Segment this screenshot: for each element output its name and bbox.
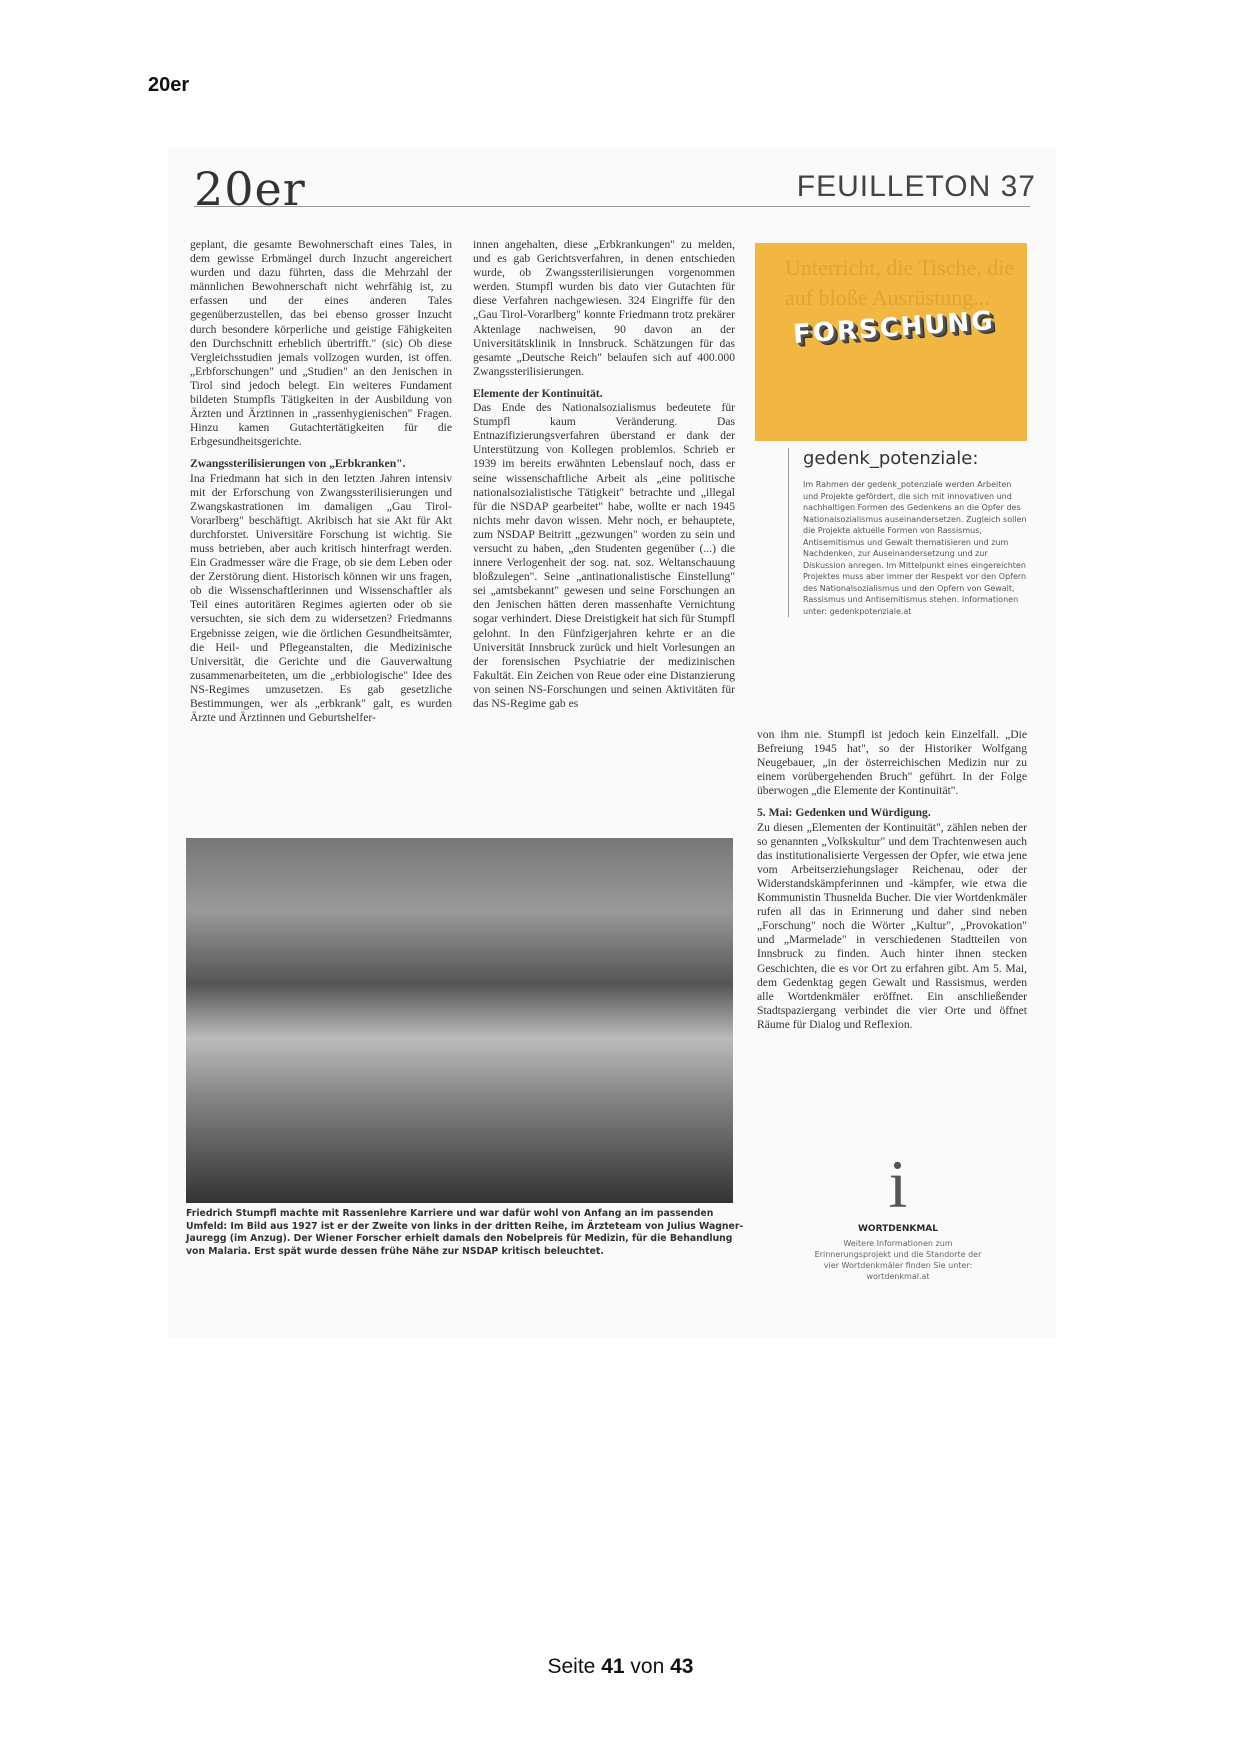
- paragraph: geplant, die gesamte Bewohnerschaft eine…: [190, 238, 452, 449]
- page-number: 37: [1001, 170, 1036, 203]
- column-3: von ihm nie. Stumpfl ist jedoch kein Ein…: [757, 728, 1027, 1040]
- column-2: innen angehalten, diese „Erbkrankungen" …: [473, 238, 735, 719]
- promo-ghost-text: Unterricht, die Tische, die auf bloße Au…: [785, 253, 1027, 313]
- subheading: Zwangssterilisierungen von „Erbkranken".: [190, 457, 452, 471]
- footer-current-page: 41: [601, 1655, 624, 1678]
- subheading: 5. Mai: Gedenken und Würdigung.: [757, 806, 1027, 820]
- wortdenkmal-info: i WORTDENKMAL Weitere Informationen zum …: [808, 1148, 988, 1282]
- footer-total-pages: 43: [670, 1655, 693, 1678]
- subheading: Elemente der Kontinuität.: [473, 387, 735, 401]
- section-header: FEUILLETON 37: [797, 170, 1036, 204]
- header-rule: [194, 206, 1030, 207]
- paragraph: von ihm nie. Stumpfl ist jedoch kein Ein…: [757, 728, 1027, 798]
- gedenk-title: gedenk_potenziale:: [803, 448, 1028, 469]
- section-name: FEUILLETON: [797, 170, 992, 203]
- paragraph: Ina Friedmann hat sich in den letzten Ja…: [190, 472, 452, 726]
- footer-mid: von: [630, 1655, 664, 1678]
- info-icon: i: [808, 1148, 988, 1220]
- paragraph: innen angehalten, diese „Erbkrankungen" …: [473, 238, 735, 379]
- paragraph: Das Ende des Nationalsozialismus bedeute…: [473, 401, 735, 711]
- gedenk-text: Im Rahmen der gedenk_potenziale werden A…: [803, 479, 1028, 617]
- forschung-promo: Unterricht, die Tische, die auf bloße Au…: [755, 243, 1027, 441]
- document-label: 20er: [148, 74, 189, 97]
- newspaper-scan: 20er FEUILLETON 37 geplant, die gesamte …: [168, 148, 1056, 1338]
- footer-prefix: Seite: [548, 1655, 596, 1678]
- info-text: Weitere Informationen zum Erinnerungspro…: [808, 1238, 988, 1282]
- info-title: WORTDENKMAL: [808, 1224, 988, 1234]
- masthead-title: 20er: [194, 162, 306, 216]
- group-photo: [186, 838, 733, 1203]
- photo-caption: Friedrich Stumpfl machte mit Rassenlehre…: [186, 1208, 746, 1258]
- gedenk-box: gedenk_potenziale: Im Rahmen der gedenk_…: [788, 448, 1028, 617]
- column-1: geplant, die gesamte Bewohnerschaft eine…: [190, 238, 452, 733]
- page-footer: Seite 41 von 43: [0, 1655, 1241, 1679]
- paragraph: Zu diesen „Elementen der Kontinuität", z…: [757, 821, 1027, 1032]
